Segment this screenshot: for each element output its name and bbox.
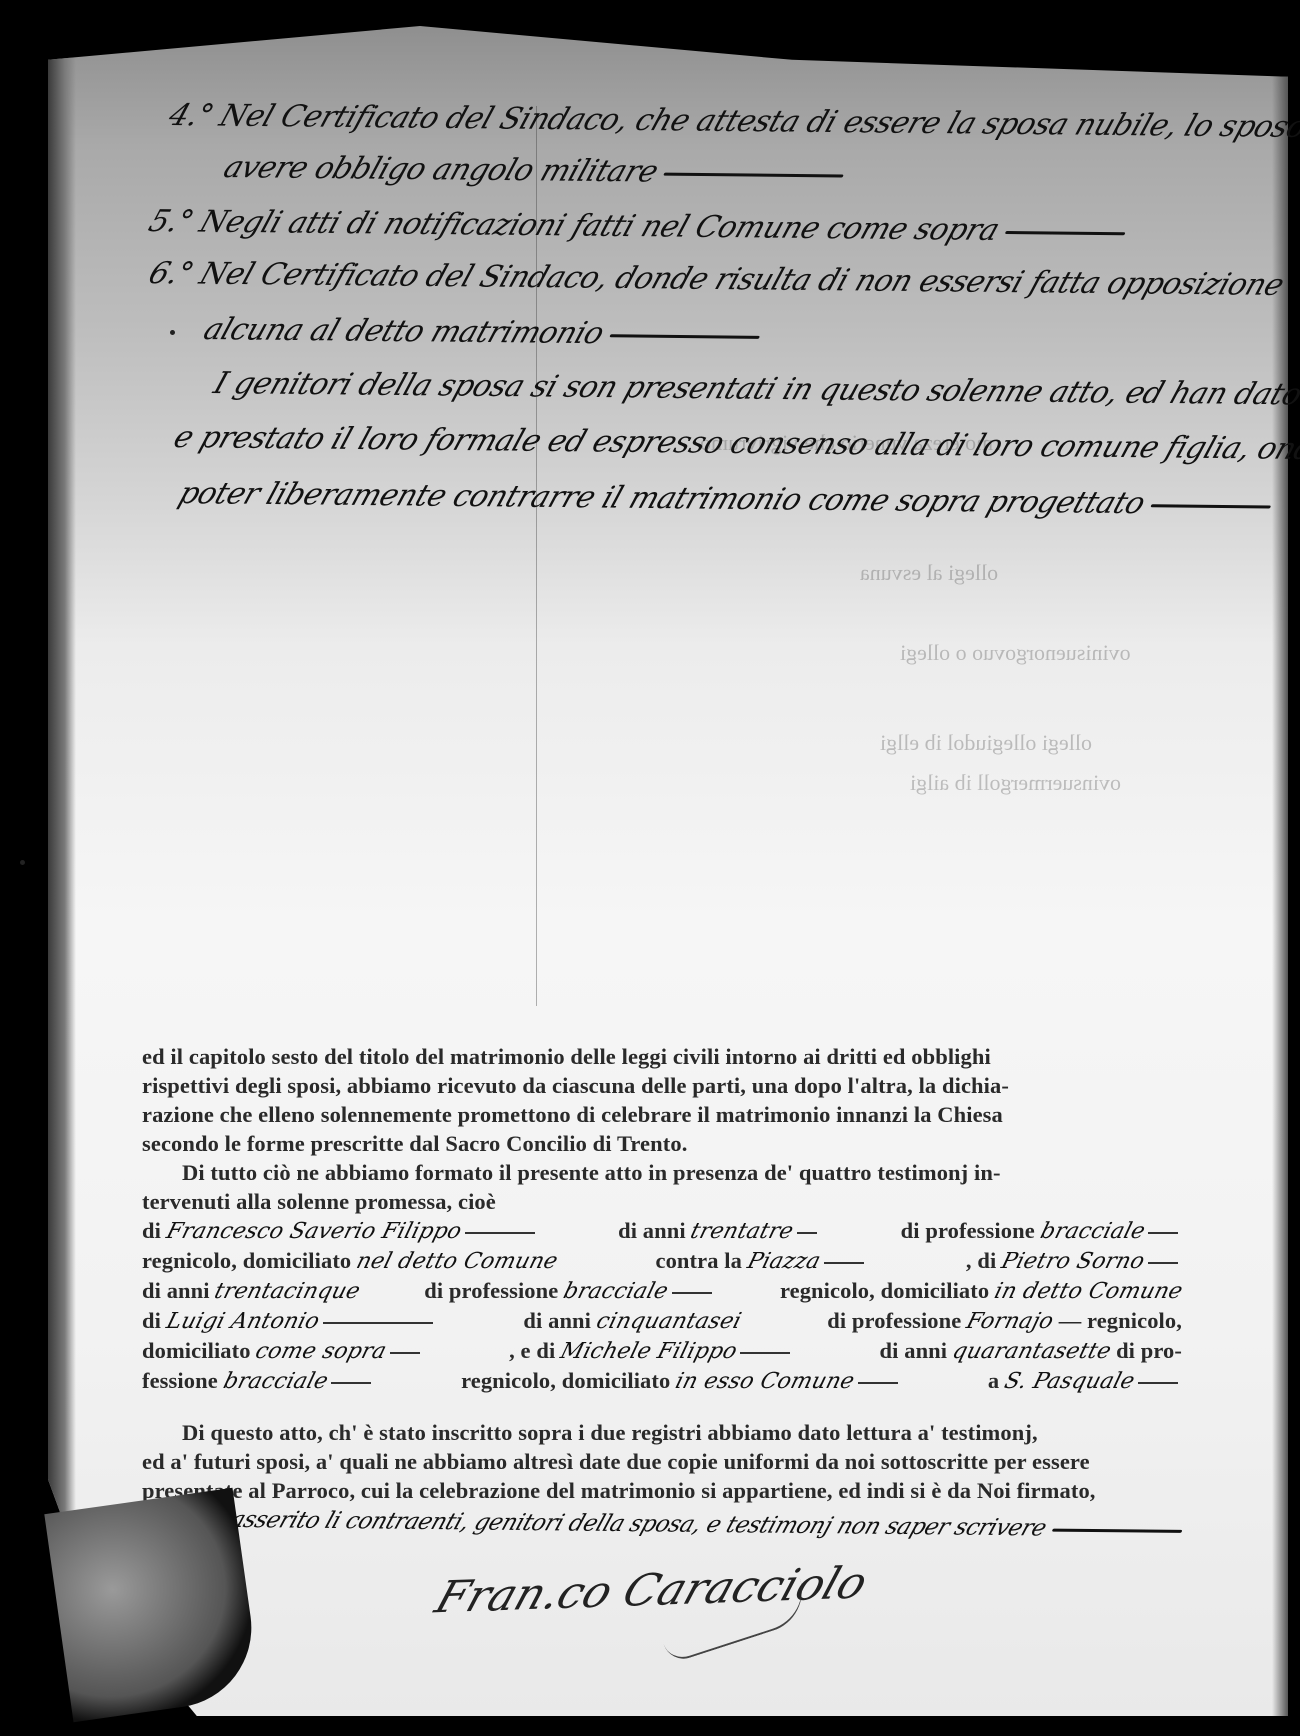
printed-paragraph-witnesses: Di tutto ciò ne abbiamo formato il prese… [142,1158,1182,1396]
fill-rule [609,334,759,339]
witness-2-line: di anni trentacinque di professione brac… [142,1276,1182,1306]
bleed-through-text: ovinisuenorgovuo o ollegi [900,640,1131,666]
witness-1-profession: bracciale [1037,1217,1148,1246]
witness-1-line: di Francesco Saverio Filippo di anni tre… [142,1216,1182,1246]
witness-4-profession: bracciale [220,1367,331,1396]
fill-rule [664,172,844,177]
fill-rule [1052,1528,1183,1532]
witness-3-age: cinquantasei [593,1307,744,1336]
witness-3-name: Luigi Antonio [163,1307,323,1336]
witness-4-name: Michele Filippo [557,1337,740,1366]
witness-4-domicile-line: fessione bracciale regnicolo, domiciliat… [142,1366,1182,1396]
bleed-through-text: ovinsuermergoll ib ailgi [910,770,1121,796]
fill-rule [1151,504,1272,508]
witness-1-domicile-line: regnicolo, domiciliato nel detto Comune … [142,1246,1182,1276]
witness-1-name: Francesco Saverio Filippo [163,1217,465,1246]
printed-paragraph-rights: ed il capitolo sesto del titolo del matr… [142,1042,1182,1158]
witness-1-age: trentatre [688,1217,798,1246]
witness-3-profession: Fornajo [963,1307,1057,1336]
bleed-through-text: ollegi al esvuna [860,560,998,586]
margin-mark [20,860,25,865]
fill-rule [1005,230,1126,234]
witness-4-line: domiciliato come sopra , e di Michele Fi… [142,1336,1182,1366]
witness-3-line: di Luigi Antonio di anni cinquantasei di… [142,1306,1182,1336]
witness-2-name: Pietro Sorno [998,1247,1148,1276]
handwritten-item-6-continuation: alcuna al detto matrimonio [199,312,766,353]
witness-4-age: quarantasette [949,1337,1114,1366]
printed-paragraph-reading: Di questo atto, ch' è stato inscritto so… [142,1418,1182,1505]
bleed-through-text: ollegi ollegiudol ib ellgi [880,730,1092,756]
margin-mark [170,330,175,335]
witness-2-profession: bracciale [560,1277,671,1306]
handwritten-item-4-continuation: avere obbligo angolo militare [219,150,850,192]
witness-2-age: trentacinque [211,1277,363,1306]
